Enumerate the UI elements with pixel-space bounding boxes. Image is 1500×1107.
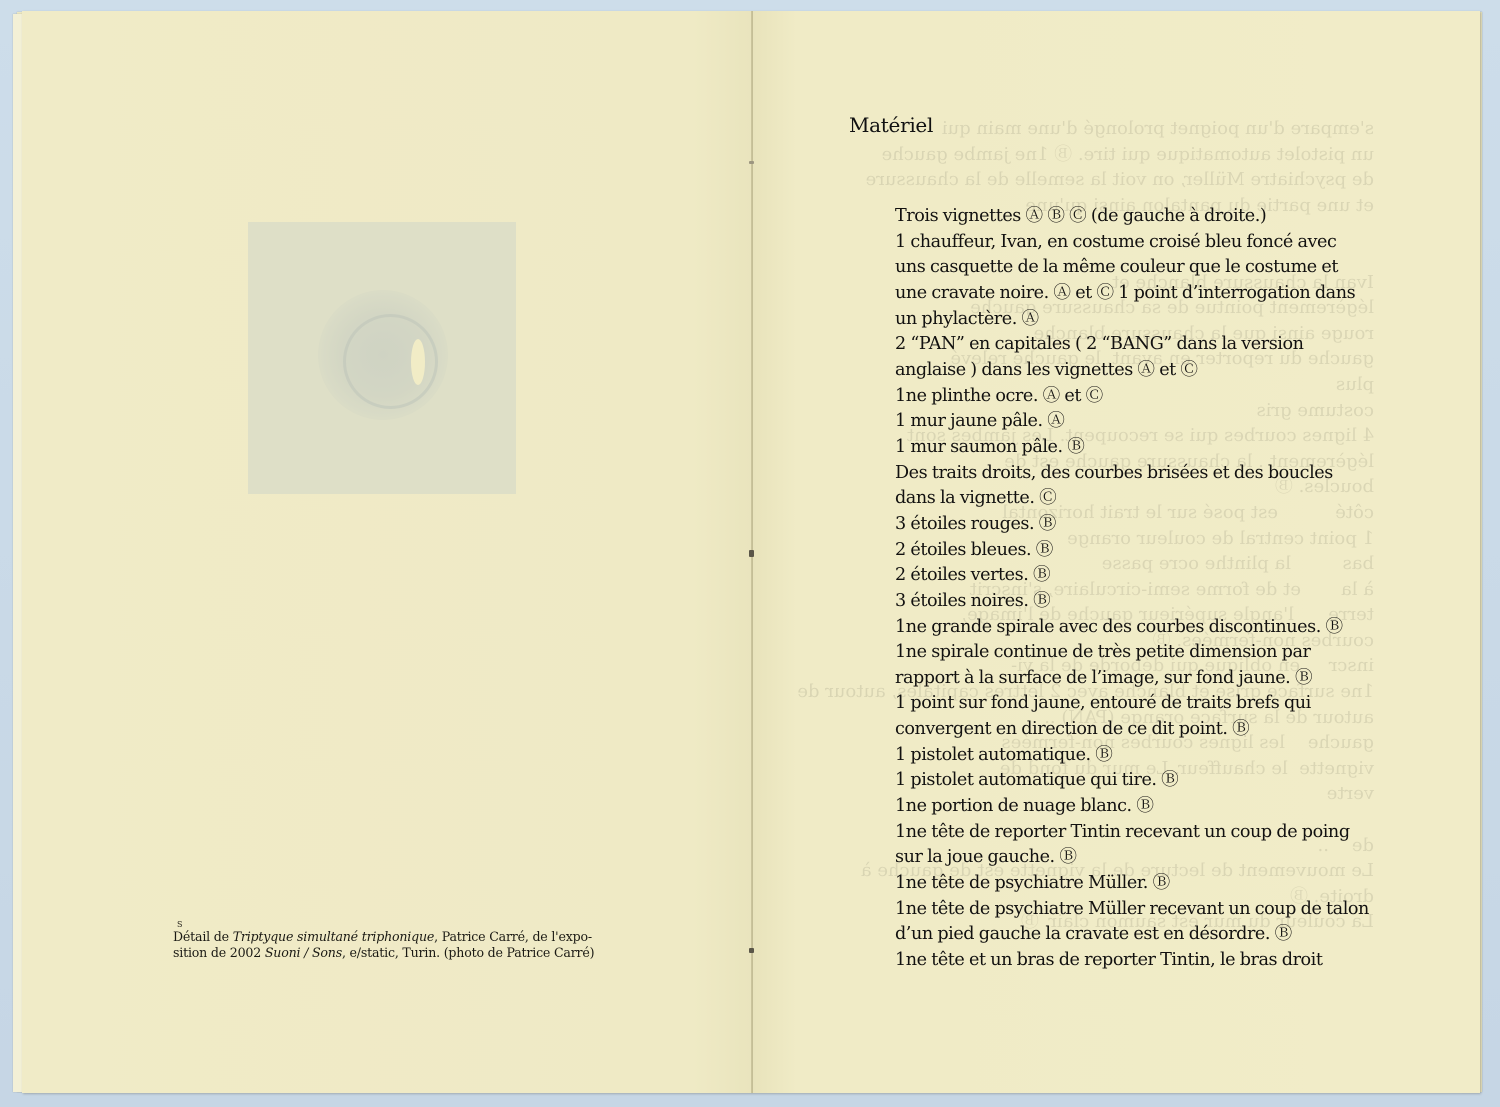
list-item: 1ne tête de psychiatre Müller. Ⓑ (895, 871, 1395, 897)
list-item: une cravate noire. Ⓐ et Ⓒ 1 point d’inte… (895, 281, 1395, 307)
list-item: 1ne portion de nuage blanc. Ⓑ (895, 794, 1395, 820)
caption-prefix: Détail de (173, 929, 233, 944)
caption-line2-rest: , e/static, Turin. (photo de Patrice Car… (342, 945, 594, 960)
caption-line1-rest: , Patrice Carré, de l'expo- (434, 929, 592, 944)
list-item: 2 “PAN” en capitales ( 2 “BANG” dans la … (895, 332, 1395, 358)
list-item: 2 étoiles vertes. Ⓑ (895, 563, 1395, 589)
list-item: sur la joue gauche. Ⓑ (895, 845, 1395, 871)
list-item: 1ne tête et un bras de reporter Tintin, … (895, 948, 1395, 974)
list-item: 1 pistolet automatique. Ⓑ (895, 743, 1395, 769)
list-item: 1ne tête de psychiatre Müller recevant u… (895, 897, 1395, 923)
artwork-photo (248, 222, 516, 494)
booklet-spread: S Détail de Triptyque simultané triphoni… (22, 11, 1480, 1093)
staple-middle (749, 550, 754, 557)
list-item: 2 étoiles bleues. Ⓑ (895, 538, 1395, 564)
list-item: uns casquette de la même couleur que le … (895, 255, 1395, 281)
caption-exhibition-title: Suoni / Sons (265, 945, 342, 960)
list-item: d’un pied gauche la cravate est en désor… (895, 922, 1395, 948)
list-item: convergent en direction de ce dit point.… (895, 717, 1395, 743)
list-item: Trois vignettes Ⓐ Ⓑ Ⓒ (de gauche à droit… (895, 204, 1395, 230)
list-item: 1ne tête de reporter Tintin recevant un … (895, 820, 1395, 846)
caption-work-title: Triptyque simultané triphonique (233, 929, 434, 944)
list-item: 1 chauffeur, Ivan, en costume croisé ble… (895, 230, 1395, 256)
materials-list: Trois vignettes Ⓐ Ⓑ Ⓒ (de gauche à droit… (895, 204, 1395, 974)
list-item: dans la vignette. Ⓒ (895, 486, 1395, 512)
list-item: 1 mur saumon pâle. Ⓑ (895, 435, 1395, 461)
staple-bottom (749, 948, 754, 953)
list-item: 1ne grande spirale avec des courbes disc… (895, 615, 1395, 641)
photo-caption: Détail de Triptyque simultané triphoniqu… (173, 929, 613, 960)
list-item: un phylactère. Ⓐ (895, 307, 1395, 333)
list-item: 1ne spirale continue de très petite dime… (895, 640, 1395, 666)
caption-line2-pre: sition de 2002 (173, 945, 265, 960)
list-item: 1 point sur fond jaune, entouré de trait… (895, 691, 1395, 717)
list-item: rapport à la surface de l’image, sur fon… (895, 666, 1395, 692)
list-item: 1ne plinthe ocre. Ⓐ et Ⓒ (895, 384, 1395, 410)
section-heading: Matériel (849, 113, 933, 137)
list-item: 3 étoiles noires. Ⓑ (895, 589, 1395, 615)
photo-crescent-highlight (411, 339, 425, 385)
staple-top (749, 161, 754, 164)
list-item: anglaise ) dans les vignettes Ⓐ et Ⓒ (895, 358, 1395, 384)
caption-marker: S (177, 920, 182, 929)
list-item: Des traits droits, des courbes brisées e… (895, 461, 1395, 487)
left-page: S Détail de Triptyque simultané triphoni… (22, 11, 752, 1093)
list-item: 1 mur jaune pâle. Ⓐ (895, 409, 1395, 435)
list-item: 1 pistolet automatique qui tire. Ⓑ (895, 768, 1395, 794)
list-item: 3 étoiles rouges. Ⓑ (895, 512, 1395, 538)
